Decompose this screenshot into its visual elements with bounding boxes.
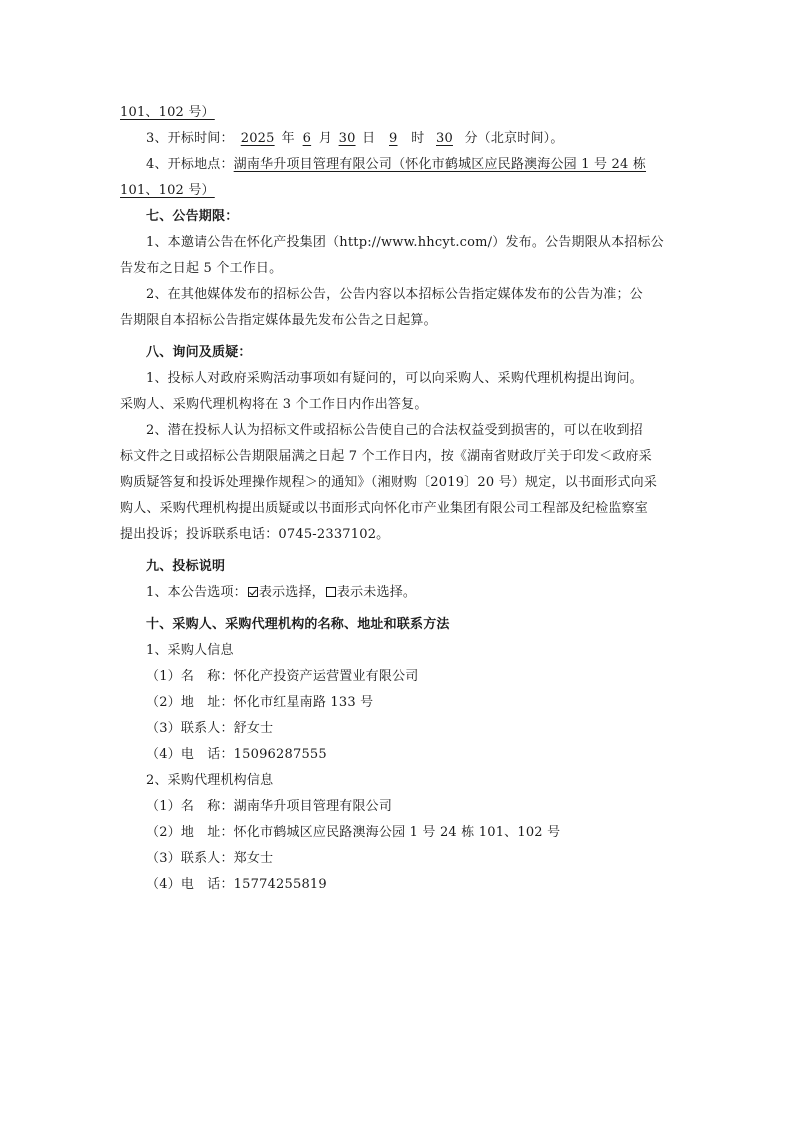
opening-place-value: 湖南华升项目管理有限公司（怀化市鹤城区应民路澳海公园 1 号 24 栋 <box>234 157 646 172</box>
agency-phone-label: （4）电 话： <box>146 877 234 892</box>
checked-box-icon <box>248 587 258 597</box>
agency-phone-row: （4）电 话：15774255819 <box>120 872 674 898</box>
agency-name-label: （1）名 称： <box>146 799 234 814</box>
purchaser-phone: 15096287555 <box>234 747 327 762</box>
purchaser-name: 怀化产投资产运营置业有限公司 <box>234 669 419 684</box>
section-8-p2: 2、潜在投标人认为招标文件或招标公告使自己的合法权益受到损害的，可以在收到招 <box>120 418 674 444</box>
section-8-p1-cont: 采购人、采购代理机构将在 3 个工作日内作出答复。 <box>120 392 674 418</box>
purchaser-phone-label: （4）电 话： <box>146 747 234 762</box>
address-continuation: 101、102 号） <box>120 100 215 126</box>
purchaser-address-label: （2）地 址： <box>146 695 234 710</box>
purchaser-address: 怀化市红星南路 133 号 <box>234 695 374 710</box>
purchaser-contact-label: （3）联系人： <box>146 721 234 736</box>
opening-minute: 30 <box>424 126 464 152</box>
agency-address: 怀化市鹤城区应民路澳海公园 1 号 24 栋 101、102 号 <box>234 825 561 840</box>
options-label: 1、本公告选项： <box>146 585 247 600</box>
agency-phone: 15774255819 <box>234 877 327 892</box>
agency-address-row: （2）地 址：怀化市鹤城区应民路澳海公园 1 号 24 栋 101、102 号 <box>120 820 674 846</box>
opening-place-line-2: 101、102 号） <box>120 178 674 204</box>
opening-place-line: 4、开标地点：湖南华升项目管理有限公司（怀化市鹤城区应民路澳海公园 1 号 24… <box>120 152 674 178</box>
minute-unit: 分（北京时间）。 <box>464 131 563 146</box>
section-7-p1-cont: 告发布之日起 5 个工作日。 <box>120 256 674 282</box>
agency-heading: 2、采购代理机构信息 <box>120 768 674 794</box>
unchecked-box-icon <box>326 587 336 597</box>
agency-name-row: （1）名 称：湖南华升项目管理有限公司 <box>120 794 674 820</box>
opening-day: 30 <box>332 126 362 152</box>
opening-year: 2025 <box>234 126 282 152</box>
section-8-p1: 1、投标人对政府采购活动事项如有疑问的，可以向采购人、采购代理机构提出询问。 <box>120 366 674 392</box>
section-9-p1: 1、本公告选项：表示选择，表示未选择。 <box>120 580 674 606</box>
purchaser-phone-row: （4）电 话：15096287555 <box>120 742 674 768</box>
hour-unit: 时 <box>411 131 424 146</box>
purchaser-contact-row: （3）联系人：舒女士 <box>120 716 674 742</box>
checked-meaning: 表示选择， <box>259 585 325 600</box>
agency-address-label: （2）地 址： <box>146 825 234 840</box>
opening-month: 6 <box>295 126 319 152</box>
month-unit: 月 <box>319 131 332 146</box>
year-unit: 年 <box>282 131 295 146</box>
opening-place-label: 4、开标地点： <box>146 157 234 172</box>
section-7-p2-cont: 告期限自本招标公告指定媒体最先发布公告之日起算。 <box>120 308 674 334</box>
section-8-p2-cont-1: 标文件之日或招标公告期限届满之日起 7 个工作日内，按《湖南省财政厅关于印发＜政… <box>120 444 674 470</box>
day-unit: 日 <box>362 131 375 146</box>
purchaser-address-row: （2）地 址：怀化市红星南路 133 号 <box>120 690 674 716</box>
section-7-p1: 1、本邀请公告在怀化产投集团（http://www.hhcyt.com/）发布。… <box>120 230 674 256</box>
agency-contact-label: （3）联系人： <box>146 851 234 866</box>
section-7-p2: 2、在其他媒体发布的招标公告，公告内容以本招标公告指定媒体发布的公告为准；公 <box>120 282 674 308</box>
section-10-title: 十、采购人、采购代理机构的名称、地址和联系方法 <box>120 612 674 638</box>
document-page: 101、102 号） 3、开标时间：2025年6月30日9时30分（北京时间）。… <box>120 100 674 898</box>
section-8-title: 八、询问及质疑： <box>120 340 674 366</box>
purchaser-heading: 1、采购人信息 <box>120 638 674 664</box>
section-8-p2-cont-3: 购人、采购代理机构提出质疑或以书面形式向怀化市产业集团有限公司工程部及纪检监察室 <box>120 496 674 522</box>
section-9-title: 九、投标说明 <box>120 554 674 580</box>
opening-place-value-cont: 101、102 号） <box>120 183 215 198</box>
agency-contact: 郑女士 <box>234 851 274 866</box>
purchaser-contact: 舒女士 <box>234 721 274 736</box>
section-8-p2-cont-2: 购质疑答复和投诉处理操作规程＞的通知》（湘财购〔2019〕20 号）规定，以书面… <box>120 470 674 496</box>
opening-time-line: 3、开标时间：2025年6月30日9时30分（北京时间）。 <box>120 126 674 152</box>
purchaser-name-label: （1）名 称： <box>146 669 234 684</box>
unchecked-meaning: 表示未选择。 <box>337 585 416 600</box>
agency-contact-row: （3）联系人：郑女士 <box>120 846 674 872</box>
section-8-p2-cont-4: 提出投诉；投诉联系电话：0745-2337102。 <box>120 522 674 548</box>
section-7-title: 七、公告期限： <box>120 204 674 230</box>
opening-time-label: 3、开标时间： <box>146 131 234 146</box>
opening-hour: 9 <box>375 126 411 152</box>
agency-name: 湖南华升项目管理有限公司 <box>234 799 392 814</box>
purchaser-name-row: （1）名 称：怀化产投资产运营置业有限公司 <box>120 664 674 690</box>
